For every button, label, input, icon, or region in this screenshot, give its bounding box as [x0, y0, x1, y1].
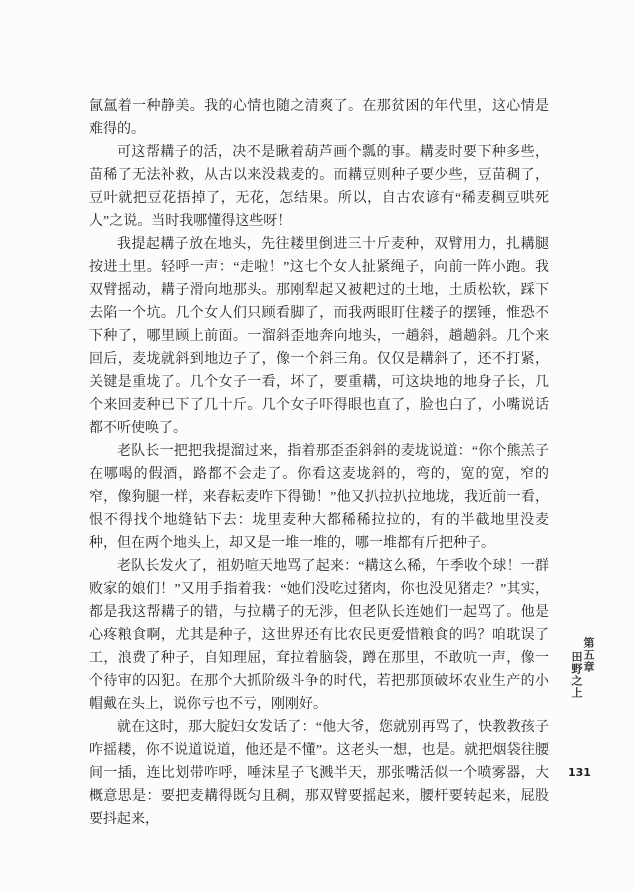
page-number: 131: [568, 766, 591, 779]
paragraph-6: 就在这时，那大腚妇女发话了：“他大爷，您就别再骂了，快教教孩子咋摇耧，你不说道说…: [89, 716, 549, 831]
chapter-title: 田野之上: [570, 651, 582, 747]
chapter-marker: 第五章 田野之上: [570, 637, 594, 747]
paragraph-2: 可这帮耩子的活，决不是瞅着葫芦画个瓢的事。耩麦时要下种多些，苗稀了无法补救，从古…: [89, 141, 549, 233]
paragraph-3: 我提起耩子放在地头，先往耧里倒进三十斤麦种，双臂用力，扎耩腿按进土里。轻呼一声：…: [89, 233, 549, 440]
chapter-number: 第五章: [582, 637, 594, 747]
paragraph-continuation: 氤氲着一种静美。我的心情也随之清爽了。在那贫困的年代里，这心情是难得的。: [89, 95, 549, 141]
paragraph-5: 老队长发火了，祖奶喧天地骂了起来：“耩这么稀，午季收个球！一群败家的娘们！”又用…: [89, 555, 549, 716]
paragraph-4: 老队长一把把我提溜过来，指着那歪歪斜斜的麦垅说道：“你个熊羔子在哪喝的假酒，路都…: [89, 440, 549, 555]
body-text: 氤氲着一种静美。我的心情也随之清爽了。在那贫困的年代里，这心情是难得的。 可这帮…: [89, 95, 549, 831]
page-margin: 第五章 田野之上: [570, 637, 594, 757]
book-page: 氤氲着一种静美。我的心情也随之清爽了。在那贫困的年代里，这心情是难得的。 可这帮…: [0, 0, 634, 891]
